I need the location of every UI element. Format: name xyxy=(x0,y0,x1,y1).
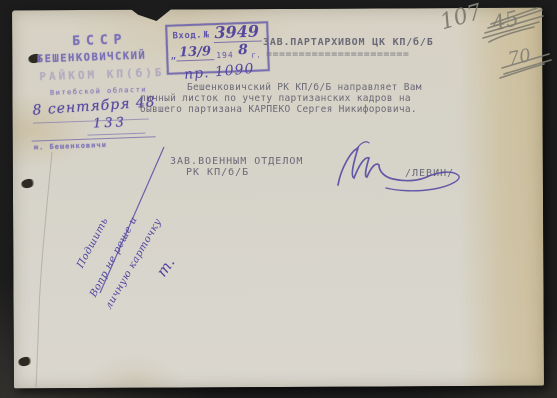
intake-year-suffix: г. xyxy=(251,50,261,59)
stamp-rule xyxy=(33,119,149,124)
stamp-country: БССР xyxy=(72,32,128,49)
body-line: бывшего партизана КАРПЕКО Сергея Никифор… xyxy=(140,105,448,116)
scanned-document: БССР БЕШЕНКОВИЧСКИЙ РАЙКОМ КП(б)Б Витебс… xyxy=(0,0,557,398)
stamp-town: м. Бешенковичи xyxy=(34,141,107,152)
intake-date-handwritten: 13/9 xyxy=(176,44,214,61)
stamp-org-line2: РАЙКОМ КП(б)Б xyxy=(39,66,164,83)
stamp-handwritten-number: 133 xyxy=(93,115,127,131)
intake-year-digit-handwritten: 8 xyxy=(238,42,248,58)
stamp-org-line1: БЕШЕНКОВИЧСКИЙ xyxy=(37,50,147,66)
stamp-rule xyxy=(87,133,145,136)
intake-label: Вход. xyxy=(172,31,202,42)
signer-name: /ЛЕВИН/ xyxy=(405,168,454,179)
intake-year-printed: 194 xyxy=(216,50,234,60)
signer-title-line1: ЗАВ.ВОЕННЫМ ОТДЕЛОМ xyxy=(170,156,303,167)
body-paragraph: Бешенковичский РК КП/б/Б направляет Вам … xyxy=(140,83,448,115)
body-line: личный листок по учету партизанских кадр… xyxy=(140,94,448,105)
addressee-line: ЗАВ.ПАРТАРХИВОМ ЦК КП/б/Б xyxy=(263,37,434,48)
intake-number-sign: № xyxy=(203,30,209,40)
intake-number-handwritten: 3949 xyxy=(213,21,261,43)
pencil-crossed-number: 70 xyxy=(506,45,532,70)
stamp-handwritten-date: 8 сентября 48 xyxy=(32,94,156,119)
signer-title-line2: РК КП/б/Б xyxy=(186,167,249,178)
addressee-underline: ====================== xyxy=(266,49,409,60)
